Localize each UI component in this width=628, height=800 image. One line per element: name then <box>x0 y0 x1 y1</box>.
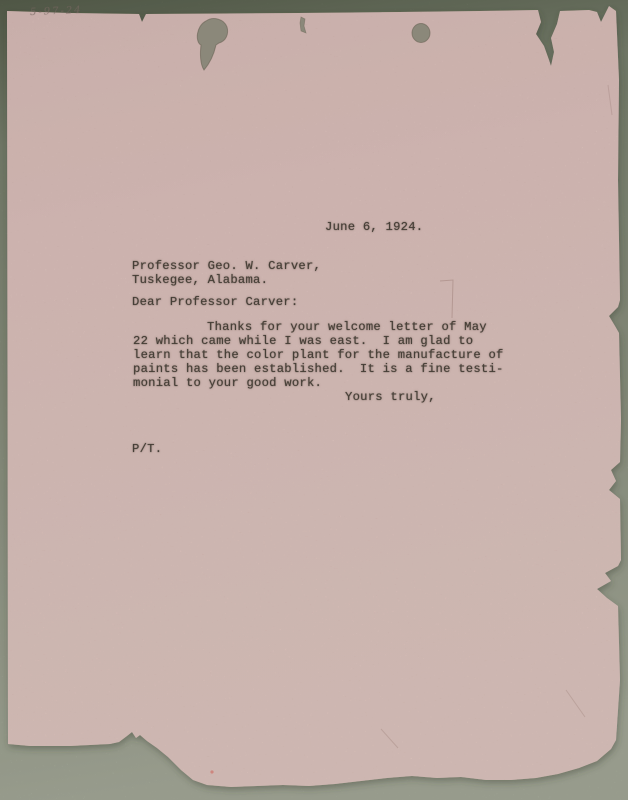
body-line: 22 which came while I was east. I am gla… <box>133 335 473 348</box>
body-line: learn that the color plant for the manuf… <box>133 349 504 362</box>
salutation: Dear Professor Carver: <box>132 296 298 309</box>
body-line: monial to your good work. <box>133 377 322 390</box>
pencil-annotation: 5-97-24 <box>30 5 83 18</box>
recipient-address: Tuskegee, Alabama. <box>132 274 268 287</box>
letter-text-layer: 5-97-24 June 6, 1924. Professor Geo. W. … <box>0 0 628 800</box>
typist-initials: P/T. <box>132 443 162 456</box>
body-line: Thanks for your welcome letter of May <box>207 321 487 334</box>
recipient-name: Professor Geo. W. Carver, <box>132 260 321 273</box>
letter-date: June 6, 1924. <box>325 221 423 234</box>
body-line: paints has been established. It is a fin… <box>133 363 504 376</box>
closing: Yours truly, <box>345 391 436 404</box>
scanned-letter-page: 5-97-24 June 6, 1924. Professor Geo. W. … <box>0 0 628 800</box>
